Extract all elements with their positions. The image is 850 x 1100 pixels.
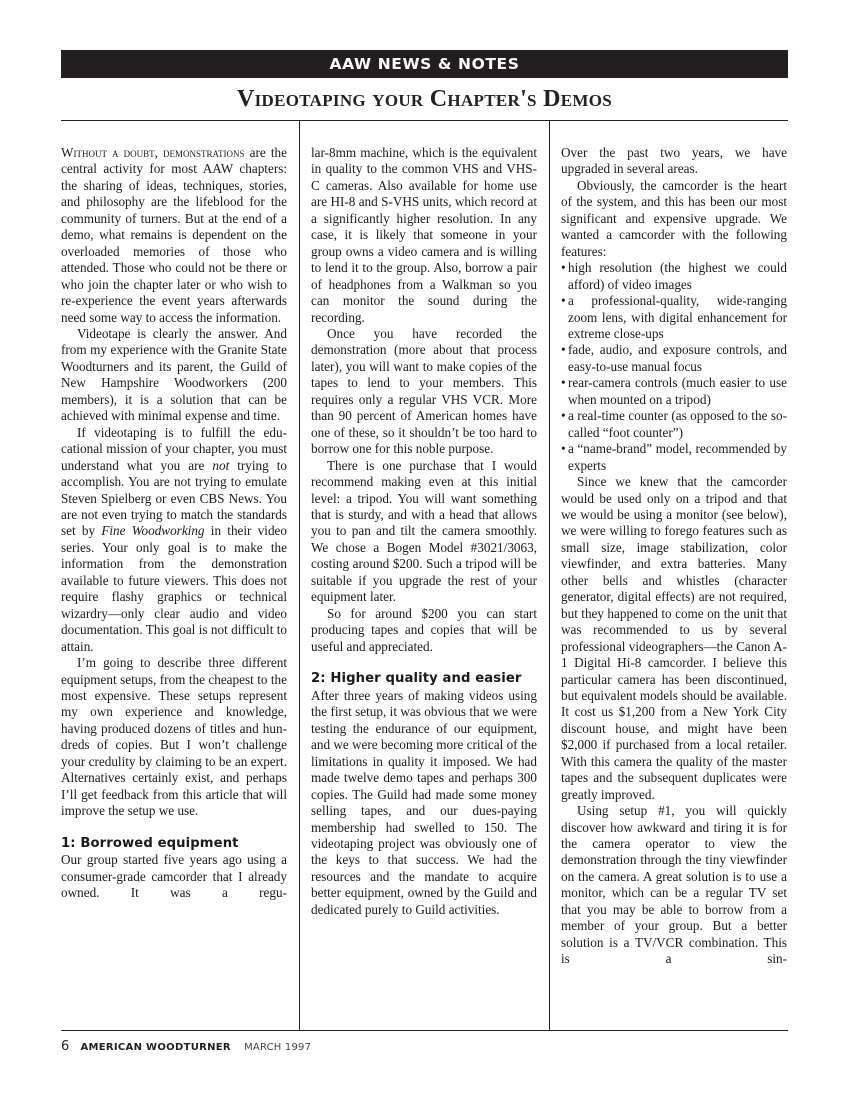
publication-title: Fine Woodworking [101,523,204,538]
body-paragraph: So for around $200 you can start produci… [311,606,537,655]
page-number: 6 [61,1039,69,1054]
body-paragraph: If videotaping is to fulfill the edu­cat… [61,425,287,655]
body-paragraph: Our group started five years ago using a… [61,852,287,901]
magazine-name: AMERICAN WOODTURNER [80,1042,230,1053]
section-heading: 2: Higher quality and easier [311,671,537,687]
section-heading: 1: Borrowed equipment [61,836,287,852]
article-title: Videotaping your Chapter's Demos [61,84,788,114]
body-paragraph: lar-8mm machine, which is the equivalent… [311,145,537,326]
feature-list-item: fade, audio, and exposure controls, and … [561,342,787,375]
page-footer: 6 AMERICAN WOODTURNER MARCH 1997 [61,1038,311,1056]
article-column-3: Over the past two years, we have upgrade… [561,145,787,968]
body-paragraph: I’m going to describe three differ­ent e… [61,655,287,820]
section-banner: AAW NEWS & NOTES [61,50,788,78]
body-paragraph: Since we knew that the camcorder would b… [561,474,787,803]
body-paragraph: Without a doubt, demonstrations are the … [61,145,287,326]
issue-date: MARCH 1997 [244,1042,311,1053]
feature-list-item: a real-time counter (as opposed to the s… [561,408,787,441]
top-rule [61,120,788,121]
article-column-2: lar-8mm machine, which is the equivalent… [311,145,537,918]
feature-list: high resolution (the highest we could af… [561,260,787,474]
feature-list-item: rear-camera controls (much easier to use… [561,375,787,408]
column-divider [299,120,300,1030]
article-column-1: Without a doubt, demonstrations are the … [61,145,287,902]
body-paragraph: Once you have recorded the demonstration… [311,326,537,458]
body-paragraph: There is one purchase that I would recom… [311,458,537,606]
body-paragraph: After three years of making videos using… [311,688,537,918]
bottom-rule [61,1030,788,1031]
feature-list-item: a professional-quality, wide-rang­ing zo… [561,293,787,342]
body-paragraph: Over the past two years, we have upgrade… [561,145,787,178]
feature-list-item: high resolution (the highest we could af… [561,260,787,293]
emphasis: not [212,458,229,473]
column-divider [549,120,550,1030]
body-paragraph: Obviously, the camcorder is the heart of… [561,178,787,260]
body-paragraph: Using setup #1, you will quickly discove… [561,803,787,968]
lead-in-smallcaps: Without a doubt, demonstrations [61,145,245,160]
feature-list-item: a “name-brand” model, recom­mended by ex… [561,441,787,474]
body-paragraph: Videotape is clearly the answer. And fro… [61,326,287,425]
